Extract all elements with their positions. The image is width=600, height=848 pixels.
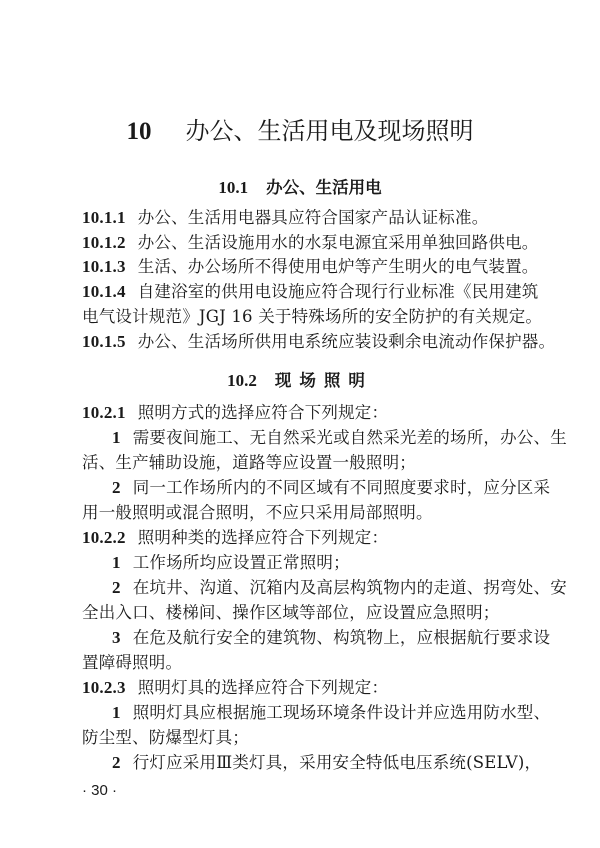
item-line: 2同一工作场所内的不同区域有不同照度要求时，应分区采 (82, 478, 534, 498)
item-line: 2在坑井、沟道、沉箱内及高层构筑物内的走道、拐弯处、安 (82, 578, 534, 598)
item-continuation: 用一般照明或混合照明，不应只采用局部照明。 (82, 503, 534, 523)
item-continuation: 全出入口、楼梯间、操作区域等部位，应设置应急照明； (82, 603, 534, 623)
clause-continuation: 电气设计规范》JGJ 16 关于特殊场所的安全防护的有关规定。 (82, 307, 534, 327)
clause-line: 10.2.3照明灯具的选择应符合下列规定： (82, 678, 534, 698)
item-line: 1工作场所均应设置正常照明； (82, 553, 534, 573)
section-heading-10-1: 10.1办公、生活用电 (0, 178, 600, 198)
item-continuation: 防尘型、防爆型灯具； (82, 728, 534, 748)
clause-line: 10.1.3生活、办公场所不得使用电炉等产生明火的电气装置。 (82, 257, 534, 277)
item-line: 2行灯应采用Ⅲ类灯具，采用安全特低电压系统(SELV)， (82, 753, 534, 773)
clause-line: 10.2.2照明种类的选择应符合下列规定： (82, 528, 534, 548)
item-line: 1需要夜间施工、无自然采光或自然采光差的场所，办公、生 (82, 428, 534, 448)
clause-line: 10.1.4自建浴室的供用电设施应符合现行行业标准《民用建筑 (82, 282, 534, 302)
item-line: 3在危及航行安全的建筑物、构筑物上，应根据航行要求设 (82, 628, 534, 648)
clause-line: 10.1.1办公、生活用电器具应符合国家产品认证标准。 (82, 208, 534, 228)
chapter-number: 10 (127, 118, 152, 145)
item-line: 1照明灯具应根据施工现场环境条件设计并应选用防水型、 (82, 703, 534, 723)
chapter-title-text: 办公、生活用电及现场照明 (186, 117, 474, 145)
chapter-title: 10办公、生活用电及现场照明 (0, 116, 600, 147)
clause-line: 10.2.1照明方式的选择应符合下列规定： (82, 403, 534, 423)
item-continuation: 活、生产辅助设施，道路等应设置一般照明； (82, 453, 534, 473)
clause-line: 10.1.2办公、生活设施用水的水泵电源宜采用单独回路供电。 (82, 233, 534, 253)
page-number: · 30 · (82, 782, 117, 799)
section-heading-10-2: 10.2现场照明 (0, 371, 600, 391)
clause-line: 10.1.5办公、生活场所供用电系统应装设剩余电流动作保护器。 (82, 332, 534, 352)
item-continuation: 置障碍照明。 (82, 653, 534, 673)
